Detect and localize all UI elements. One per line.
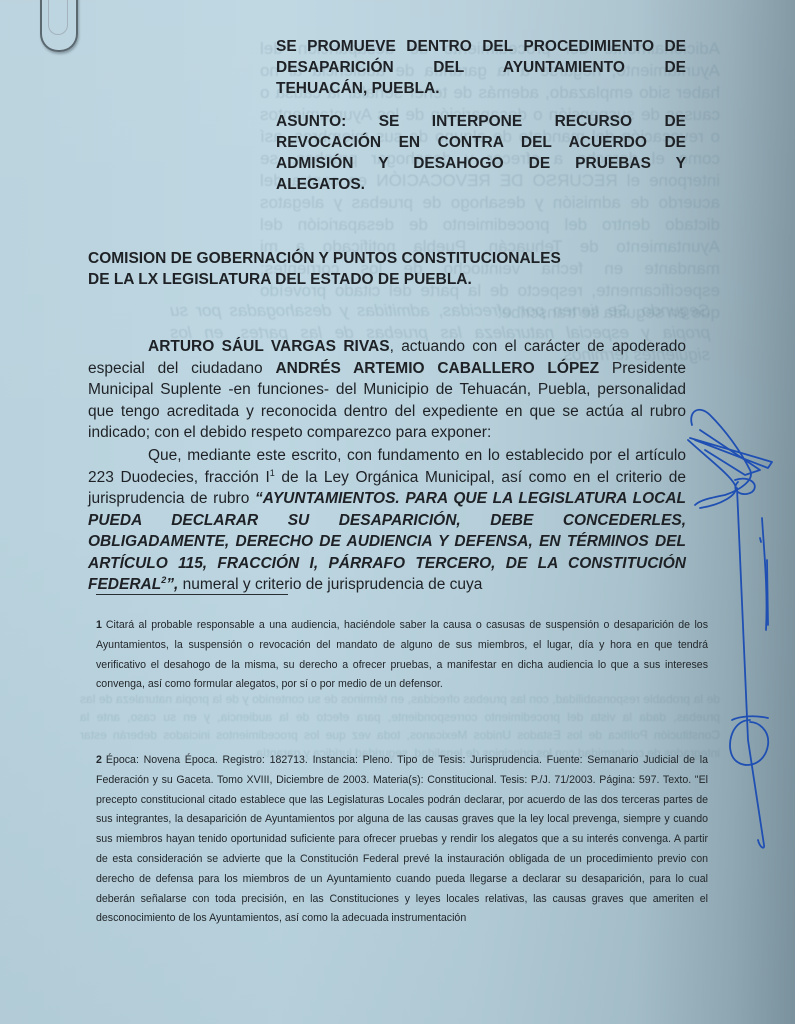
footnote-1: 1Citará al probable responsable a una au… xyxy=(96,616,708,695)
jurisprudence-title-close: ”, xyxy=(166,576,178,593)
principal-name: ANDRÉS ARTEMIO CABALLERO LÓPEZ xyxy=(275,360,599,377)
addressee-line-2: DE LA LX LEGISLATURA DEL ESTADO DE PUEBL… xyxy=(88,269,608,290)
header-line-3: TEHUACÁN, PUEBLA. xyxy=(276,78,686,99)
addressee-line-1: COMISION DE GOBERNACIÓN Y PUNTOS CONSTIT… xyxy=(88,248,608,269)
footnote-separator xyxy=(96,594,288,595)
handwritten-signature-icon xyxy=(680,400,795,850)
addressee-block: COMISION DE GOBERNACIÓN Y PUNTOS CONSTIT… xyxy=(88,248,608,290)
paragraph-legal-basis: Que, mediante este escrito, con fundamen… xyxy=(88,445,686,596)
paragraph-introduction: ARTURO SÁUL VARGAS RIVAS, actuando con e… xyxy=(88,336,686,444)
asunto-line-1: ASUNTO: SE INTERPONE RECURSO DE xyxy=(276,111,686,132)
header-line-1: SE PROMUEVE DENTRO DEL PROCEDIMIENTO DE xyxy=(276,36,686,57)
paragraph-2-text-c: numeral y criterio de jurisprudencia de … xyxy=(178,576,482,593)
footnote-2-text: Época: Novena Época. Registro: 182713. I… xyxy=(96,754,708,924)
footnote-2-number: 2 xyxy=(96,754,102,766)
footnote-2: 2Época: Novena Época. Registro: 182713. … xyxy=(96,751,708,929)
footnote-1-number: 1 xyxy=(96,619,102,631)
paper-clip-inner-loop xyxy=(48,0,68,35)
attorney-name: ARTURO SÁUL VARGAS RIVAS xyxy=(148,338,390,355)
asunto-line-2: REVOCACIÓN EN CONTRA DEL ACUERDO DE xyxy=(276,132,686,153)
asunto-line-4: ALEGATOS. xyxy=(276,174,686,195)
footnote-1-text: Citará al probable responsable a una aud… xyxy=(96,619,708,690)
header-line-2: DESAPARICIÓN DEL AYUNTAMIENTO DE xyxy=(276,57,686,78)
asunto-line-3: ADMISIÓN Y DESAHOGO DE PRUEBAS Y xyxy=(276,153,686,174)
document-header: SE PROMUEVE DENTRO DEL PROCEDIMIENTO DE … xyxy=(276,36,686,195)
